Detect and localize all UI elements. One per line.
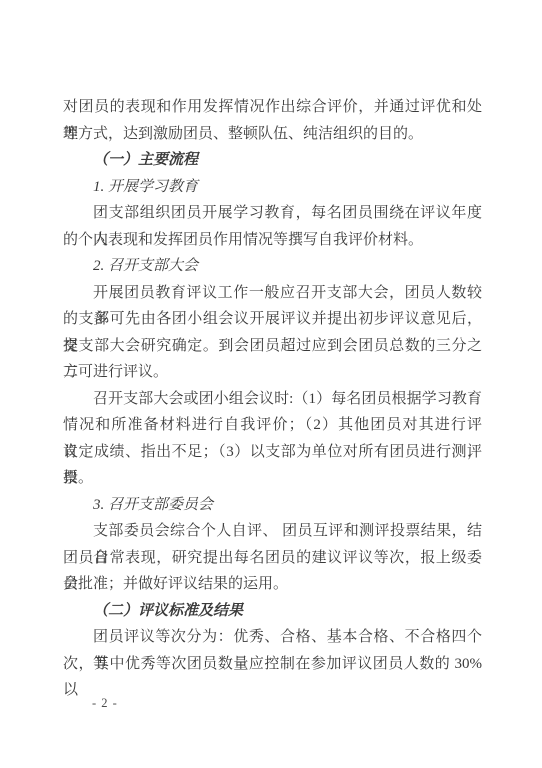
text-line: 票。 xyxy=(63,465,482,492)
text-line: 次，其中优秀等次团员数量应控制在参加评议团员人数的 30%以 xyxy=(63,651,482,678)
text-line: 的支部可先由各团小组会议开展评议并提出初步评议意见后，提 xyxy=(63,306,482,333)
text-line: 的个人表现和发挥团员作用情况等撰写自我评价材料。 xyxy=(63,227,482,254)
text-line: 召开支部大会或团小组会议时:（1）每名团员根据学习教育 xyxy=(63,386,482,413)
text-line: 团员评议等次分为：优秀、合格、基本合格、不合格四个等 xyxy=(63,624,482,651)
text-line: （一）主要流程 xyxy=(63,147,482,174)
text-line: 等方式，达到激励团员、整顿队伍、纯洁组织的目的。 xyxy=(63,121,482,148)
text-line: 支部委员会综合个人自评、 团员互评和测评投票结果，结合 xyxy=(63,518,482,545)
text-line: 方可进行评议。 xyxy=(63,359,482,386)
text-line: 对团员的表现和作用发挥情况作出综合评价，并通过评优和处理 xyxy=(63,94,482,121)
document-body: 对团员的表现和作用发挥情况作出综合评价，并通过评优和处理等方式，达到激励团员、整… xyxy=(63,94,482,677)
document-page: 对团员的表现和作用发挥情况作出综合评价，并通过评优和处理等方式，达到激励团员、整… xyxy=(0,0,542,768)
text-line: 交支部大会研究确定。到会团员超过应到会团员总数的三分之二 xyxy=(63,333,482,360)
text-line: 团支部组织团员开展学习教育，每名团员围绕在评议年度内 xyxy=(63,200,482,227)
text-line: 团员日常表现，研究提出每名团员的建议评议等次，报上级委员 xyxy=(63,545,482,572)
text-line: 1. 开展学习教育 xyxy=(63,174,482,201)
text-line: 3. 召开支部委员会 xyxy=(63,492,482,519)
page-number: - 2 - xyxy=(92,695,118,711)
text-line: 开展团员教育评议工作一般应召开支部大会，团员人数较多 xyxy=(63,280,482,307)
text-line: 会批准；并做好评议结果的运用。 xyxy=(63,571,482,598)
text-line: 肯定成绩、指出不足；（3）以支部为单位对所有团员进行测评投 xyxy=(63,439,482,466)
text-line: 情况和所准备材料进行自我评价；（2）其他团员对其进行评议， xyxy=(63,412,482,439)
text-line: 2. 召开支部大会 xyxy=(63,253,482,280)
text-line: （二）评议标准及结果 xyxy=(63,598,482,625)
